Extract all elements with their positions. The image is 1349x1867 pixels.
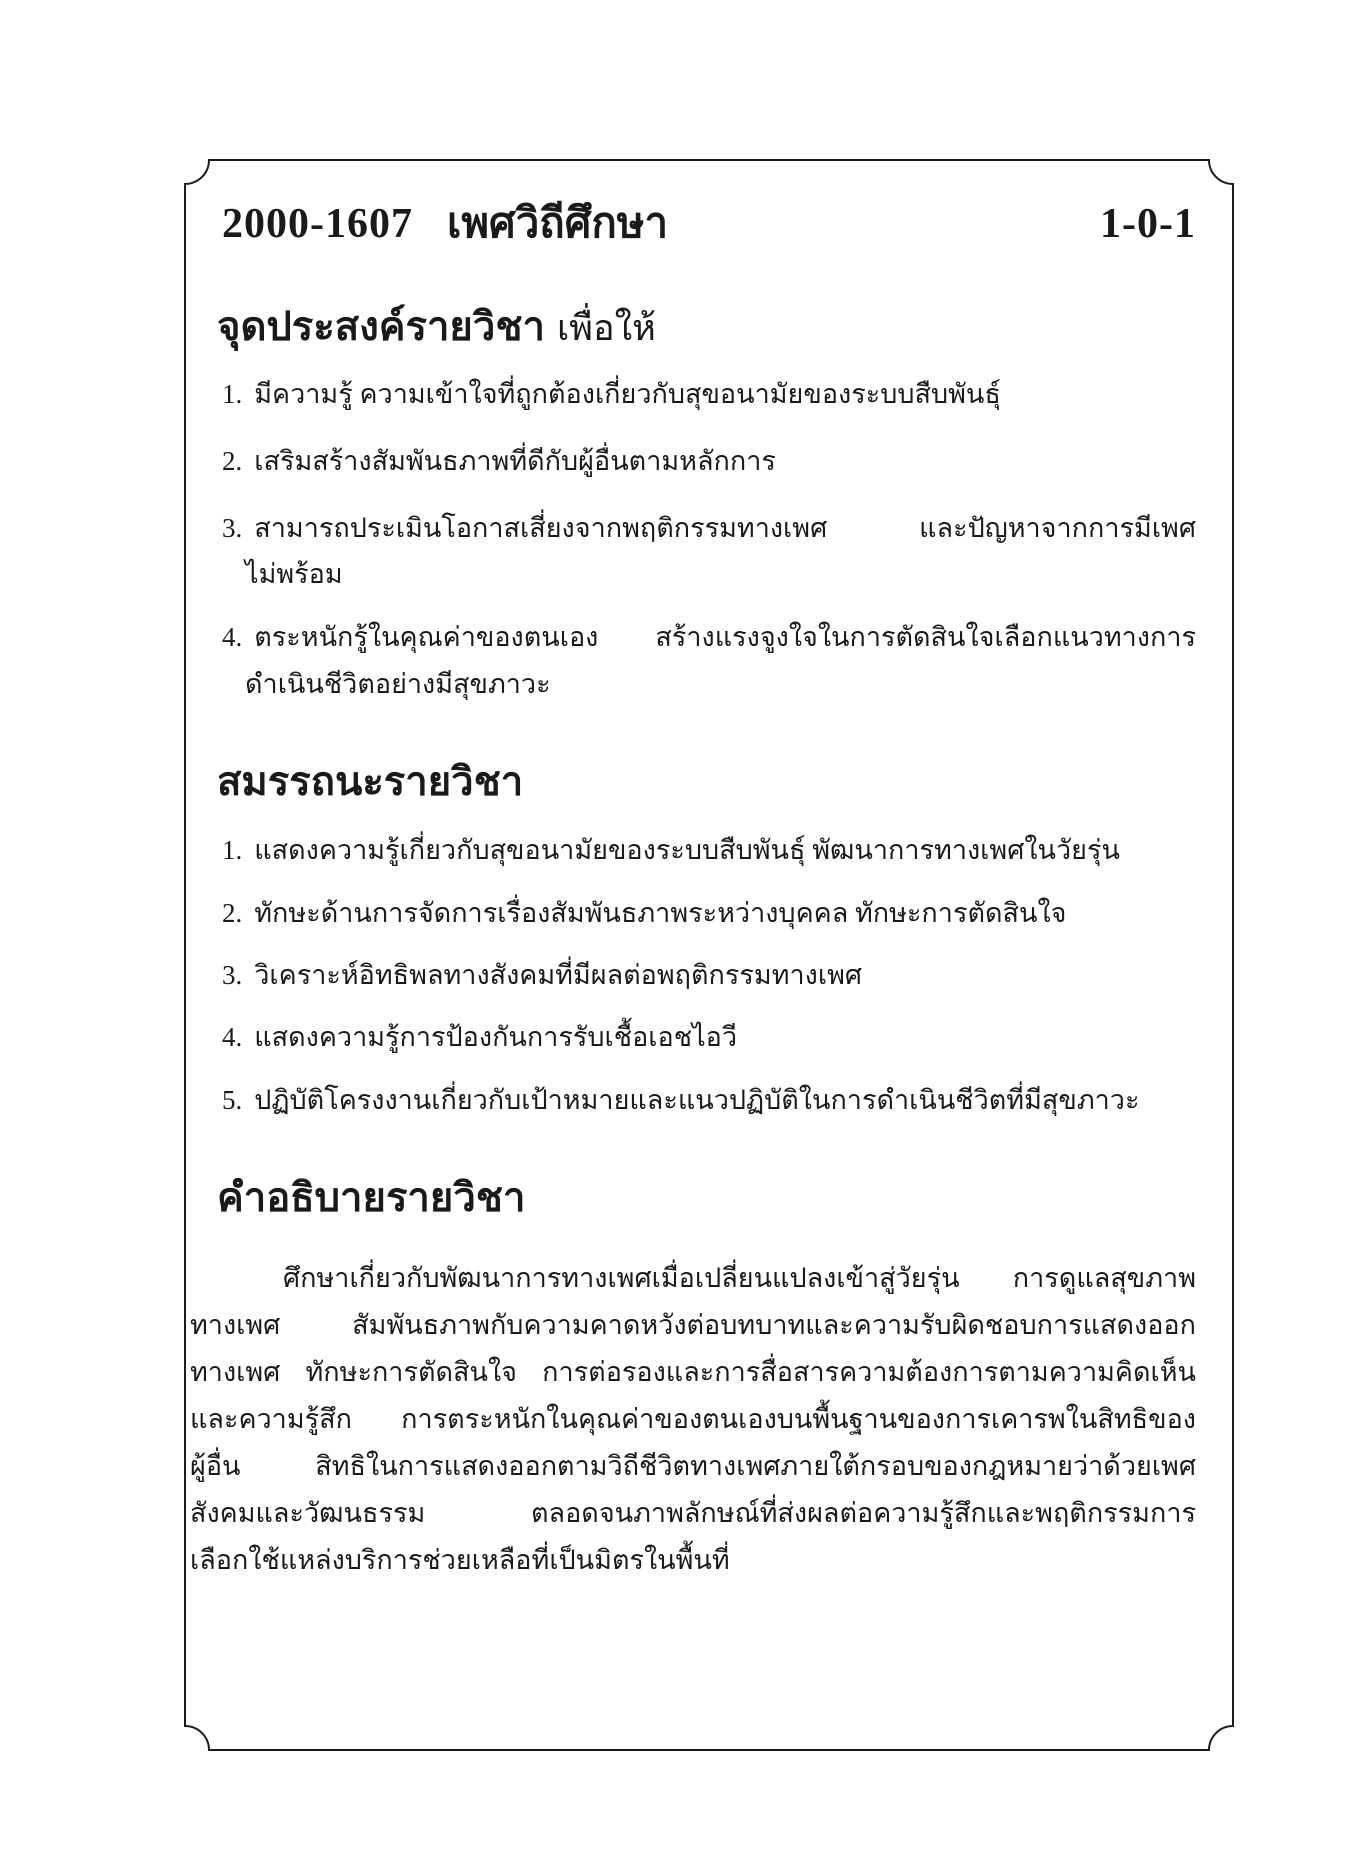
objective-item-1: 1. มีความรู้ ความเข้าใจที่ถูกต้องเกี่ยวก… [222,370,1196,418]
competency-item-4: 4. แสดงความรู้การป้องกันการรับเชื้อเอชไอ… [222,1013,1196,1061]
description-line-1: ศึกษาเกี่ยวกับพัฒนาการทางเพศเมื่อเปลี่ยน… [190,1254,1196,1302]
item-number: 1. [222,826,242,874]
objectives-heading-suffix: เพื่อให้ [557,308,656,348]
item-number: 2. [222,437,242,485]
competency-item-3: 3. วิเคราะห์อิทธิพลทางสังคมที่มีผลต่อพฤต… [222,951,1196,999]
objective-item-4: 4. ตระหนักรู้ในคุณค่าของตนเอง สร้างแรงจู… [222,613,1196,661]
description-line-2: ทางเพศ สัมพันธภาพกับความคาดหวังต่อบทบาทแ… [190,1301,1196,1349]
objective-item-2: 2. เสริมสร้างสัมพันธภาพที่ดีกับผู้อื่นตา… [222,437,1196,485]
item-text: ตระหนักรู้ในคุณค่าของตนเอง สร้างแรงจูงใจ… [254,613,1196,661]
course-title: เพศวิถีศึกษา [447,198,668,250]
competency-item-1: 1. แสดงความรู้เกี่ยวกับสุขอนามัยของระบบส… [222,826,1196,874]
objective-item-3: 3. สามารถประเมินโอกาสเสี่ยงจากพฤติกรรมทา… [222,504,1196,552]
item-text: เสริมสร้างสัมพันธภาพที่ดีกับผู้อื่นตามหล… [254,437,776,485]
item-number: 3. [222,951,242,999]
description-line-6: สังคมและวัฒนธรรม ตลอดจนภาพลักษณ์ที่ส่งผล… [190,1489,1196,1537]
description-line-4: และความรู้สึก การตระหนักในคุณค่าของตนเอง… [190,1395,1196,1443]
item-text: แสดงความรู้เกี่ยวกับสุขอนามัยของระบบสืบพ… [254,826,1120,874]
item-text: ทักษะด้านการจัดการเรื่องสัมพันธภาพระหว่า… [254,889,1066,937]
item-text: สามารถประเมินโอกาสเสี่ยงจากพฤติกรรมทางเพ… [254,504,1196,552]
item-number: 1. [222,370,242,418]
course-code: 2000-1607 [222,198,413,250]
description-section-heading: คำอธิบายรายวิชา [217,1171,525,1225]
item-number: 2. [222,889,242,937]
course-header: 2000-1607 เพศวิถีศึกษา 1-0-1 [222,198,1196,250]
description-line-7: เลือกใช้แหล่งบริการช่วยเหลือที่เป็นมิตรใ… [190,1536,1196,1584]
competency-item-2: 2. ทักษะด้านการจัดการเรื่องสัมพันธภาพระห… [222,889,1196,937]
item-text: ปฏิบัติโครงงานเกี่ยวกับเป้าหมายและแนวปฏิ… [254,1076,1139,1124]
item-text: วิเคราะห์อิทธิพลทางสังคมที่มีผลต่อพฤติกร… [254,951,862,999]
objectives-section-heading: จุดประสงค์รายวิชาเพื่อให้ [217,300,656,354]
item-text: แสดงความรู้การป้องกันการรับเชื้อเอชไอวี [254,1013,737,1061]
description-line-3: ทางเพศ ทักษะการตัดสินใจ การต่อรองและการส… [190,1348,1196,1396]
objective-item-4-continuation: ดำเนินชีวิตอย่างมีสุขภาวะ [245,660,551,708]
item-number: 4. [222,1013,242,1061]
item-text: มีความรู้ ความเข้าใจที่ถูกต้องเกี่ยวกับส… [254,370,1001,418]
item-number: 3. [222,504,242,552]
credit-hours: 1-0-1 [1100,198,1196,250]
objective-item-3-continuation: ไม่พร้อม [245,550,343,598]
item-number: 4. [222,613,242,661]
competency-item-5: 5. ปฏิบัติโครงงานเกี่ยวกับเป้าหมายและแนว… [222,1076,1196,1124]
objectives-heading-text: จุดประสงค์รายวิชา [217,304,545,349]
competencies-section-heading: สมรรถนะรายวิชา [217,755,523,809]
item-number: 5. [222,1076,242,1124]
description-line-5: ผู้อื่น สิทธิในการแสดงออกตามวิถีชีวิตทาง… [190,1442,1196,1490]
